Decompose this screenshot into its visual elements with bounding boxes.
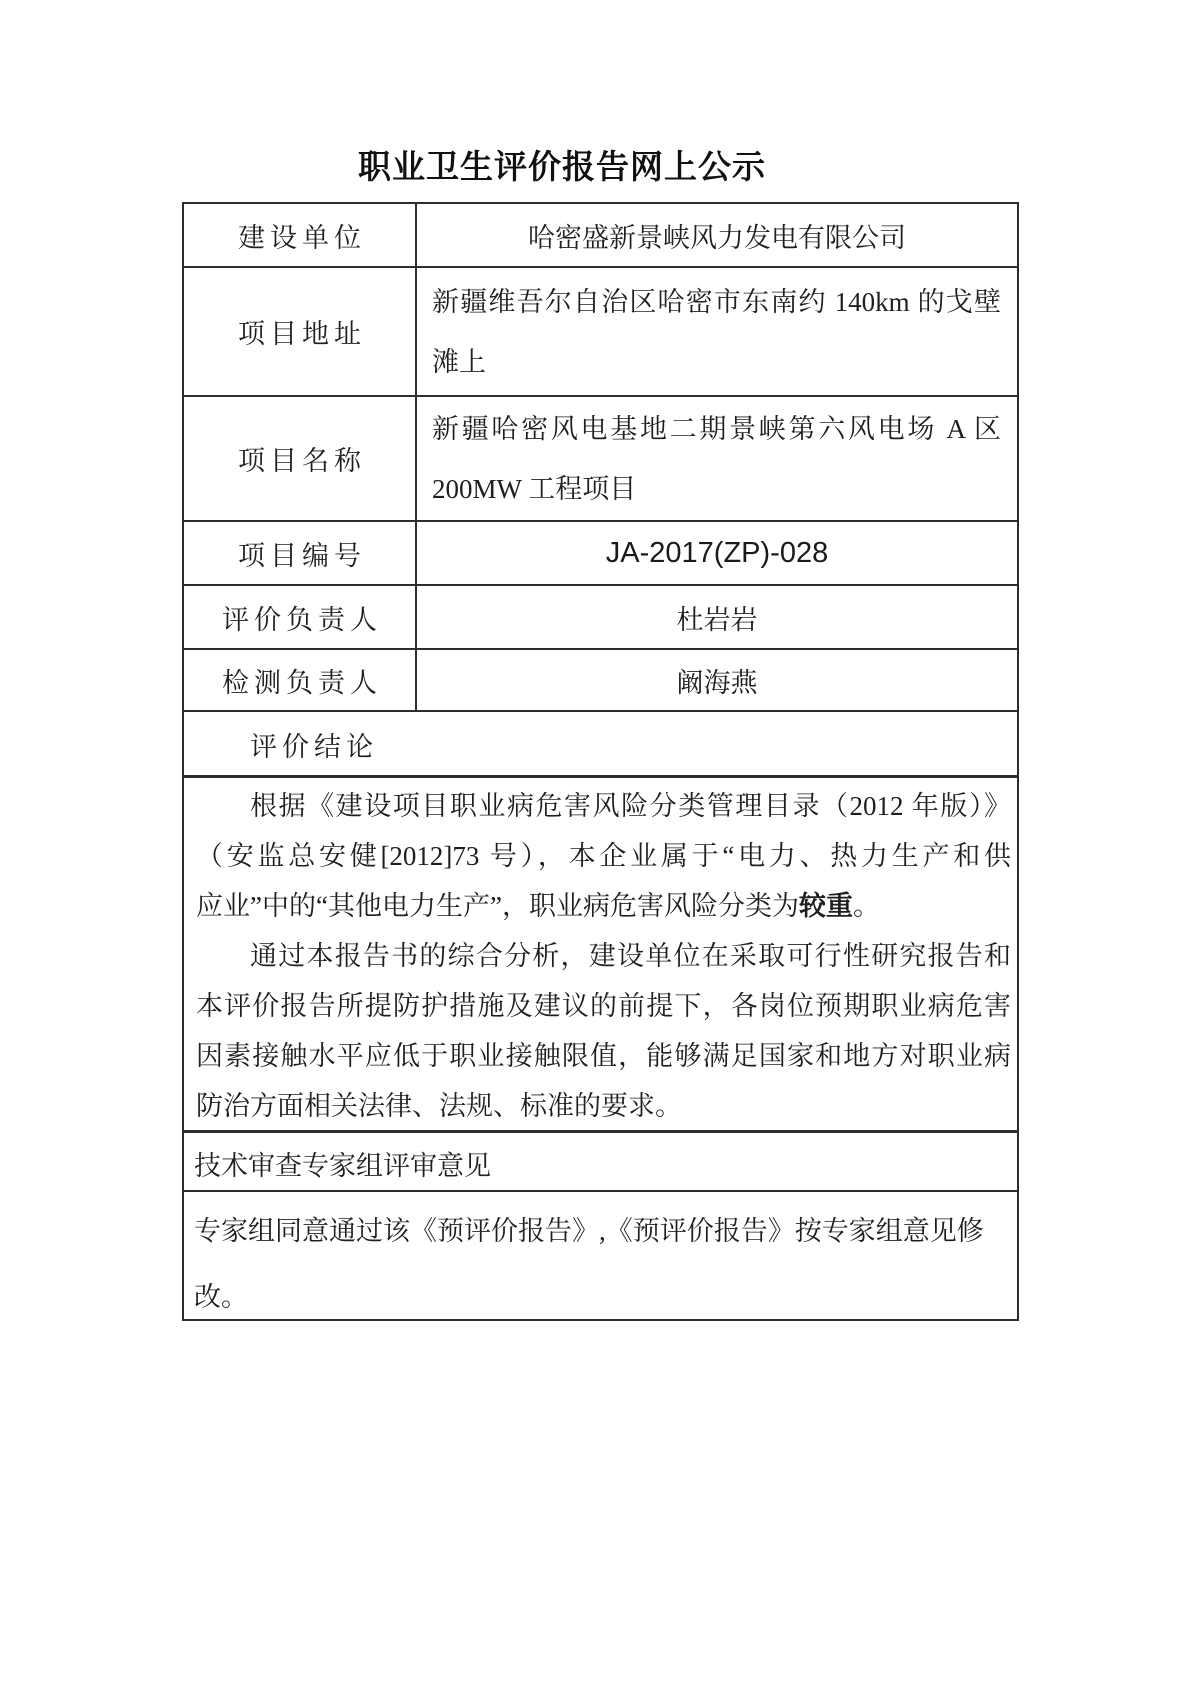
- table-row-construction-unit: 建设单位 哈密盛新景峡风力发电有限公司: [184, 204, 1017, 266]
- table-row-testing-lead: 检测负责人 阚海燕: [184, 648, 1017, 710]
- risk-level-value: 较重: [799, 891, 853, 921]
- row-value: 阚海燕: [417, 650, 1017, 710]
- conclusion-line-3-period: 。: [853, 891, 880, 921]
- table-row-conclusion-body: 根据《建设项目职业病危害风险分类管理目录（2012 年版）》 （安监总安健[20…: [184, 775, 1017, 1130]
- page-title: 职业卫生评价报告网上公示: [182, 146, 942, 190]
- conclusion-line-1: 根据《建设项目职业病危害风险分类管理目录（2012 年版）》: [196, 781, 1011, 831]
- table-row-project-name: 项目名称 新疆哈密风电基地二期景峡第六风电场 A 区 200MW 工程项目: [184, 395, 1017, 520]
- expert-opinion-text: 专家组同意通过该《预评价报告》,《预评价报告》按专家组意见修 改。: [184, 1192, 1017, 1319]
- table-row-expert-opinion: 专家组同意通过该《预评价报告》,《预评价报告》按专家组意见修 改。: [184, 1190, 1017, 1319]
- row-label: 项目编号: [184, 522, 417, 584]
- row-value: JA-2017(ZP)-028: [417, 522, 1017, 584]
- table-row-expert-header: 技术审查专家组评审意见: [184, 1130, 1017, 1190]
- row-label: 检测负责人: [184, 650, 417, 710]
- row-label: 项目地址: [184, 268, 417, 395]
- row-label: 项目名称: [184, 397, 417, 520]
- conclusion-line-4: 通过本报告书的综合分析，建设单位在采取可行性研究报告和: [196, 931, 1011, 981]
- conclusion-line-3: 应业”中的“其他电力生产”，职业病危害风险分类为较重。: [196, 881, 1011, 931]
- row-label: 评价负责人: [184, 586, 417, 648]
- row-value: 杜岩岩: [417, 586, 1017, 648]
- table-row-conclusion-header: 评价结论: [184, 710, 1017, 775]
- row-value: 新疆哈密风电基地二期景峡第六风电场 A 区 200MW 工程项目: [417, 397, 1017, 520]
- row-value: 新疆维吾尔自治区哈密市东南约 140km 的戈壁 滩上: [417, 268, 1017, 395]
- address-line-1: 新疆维吾尔自治区哈密市东南约 140km 的戈壁: [432, 272, 1001, 332]
- table-row-project-number: 项目编号 JA-2017(ZP)-028: [184, 520, 1017, 584]
- report-table: 建设单位 哈密盛新景峡风力发电有限公司 项目地址 新疆维吾尔自治区哈密市东南约 …: [182, 202, 1019, 1321]
- conclusion-line-5: 本评价报告所提防护措施及建议的前提下，各岗位预期职业病危害: [196, 981, 1011, 1031]
- project-name-line-2: 200MW 工程项目: [432, 459, 1001, 519]
- expert-opinion-line-1: 专家组同意通过该《预评价报告》,《预评价报告》按专家组意见修: [194, 1198, 1011, 1264]
- table-row-evaluation-lead: 评价负责人 杜岩岩: [184, 584, 1017, 648]
- conclusion-line-6: 因素接触水平应低于职业接触限值，能够满足国家和地方对职业病: [196, 1031, 1011, 1081]
- row-value: 哈密盛新景峡风力发电有限公司: [417, 204, 1017, 266]
- address-line-2: 滩上: [432, 332, 1001, 392]
- conclusion-line-2: （安监总安健[2012]73 号），本企业属于“电力、热力生产和供: [196, 831, 1011, 881]
- expert-opinion-line-2: 改。: [194, 1264, 1011, 1330]
- row-label: 建设单位: [184, 204, 417, 266]
- conclusion-header-label: 评价结论: [184, 712, 1017, 777]
- conclusion-line-3-text: 应业”中的“其他电力生产”，职业病危害风险分类为: [196, 891, 799, 921]
- table-row-project-address: 项目地址 新疆维吾尔自治区哈密市东南约 140km 的戈壁 滩上: [184, 266, 1017, 395]
- project-name-line-1: 新疆哈密风电基地二期景峡第六风电场 A 区: [432, 399, 1001, 459]
- conclusion-text: 根据《建设项目职业病危害风险分类管理目录（2012 年版）》 （安监总安健[20…: [184, 778, 1017, 1130]
- conclusion-line-7: 防治方面相关法律、法规、标准的要求。: [196, 1081, 1011, 1131]
- expert-header-label: 技术审查专家组评审意见: [184, 1133, 1017, 1193]
